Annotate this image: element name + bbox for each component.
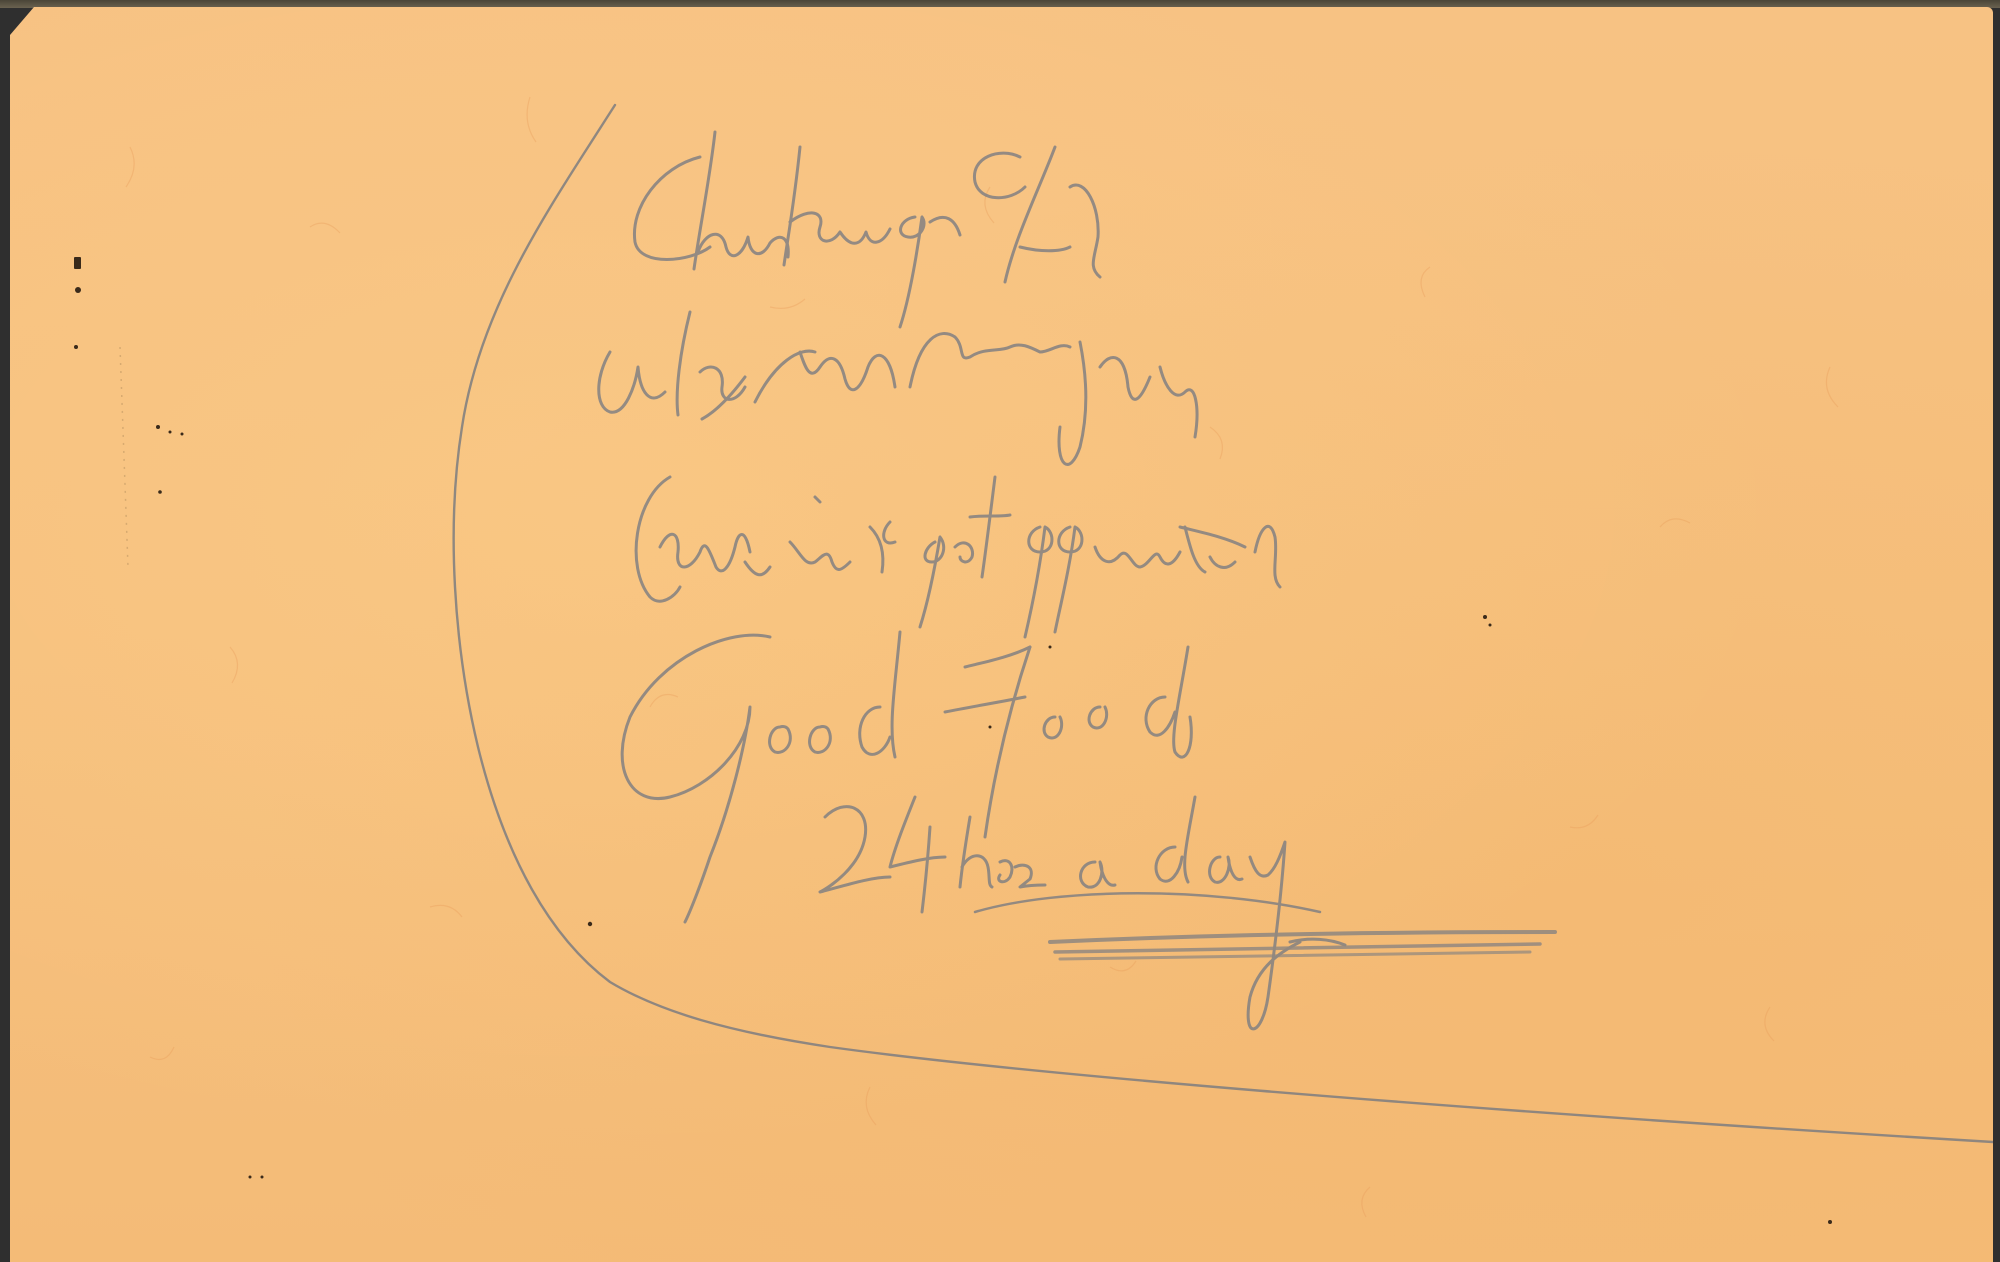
handwriting-line-1 xyxy=(634,132,1100,327)
curved-border-line xyxy=(454,105,1993,1142)
paper-card: Chuckwagon Cafe under new management Com… xyxy=(10,7,1993,1262)
underline-marks xyxy=(975,893,1555,959)
handwriting-line-2 xyxy=(599,312,1197,464)
scan-background: Chuckwagon Cafe under new management Com… xyxy=(0,0,2000,1262)
handwriting-line-5 xyxy=(820,797,1345,1029)
pencil-ink xyxy=(10,7,1993,1262)
paper-texture xyxy=(10,7,1993,1262)
handwriting-line-4 xyxy=(622,632,1191,922)
handwriting-line-3 xyxy=(636,477,1280,637)
top-edge-strip xyxy=(0,0,2000,8)
